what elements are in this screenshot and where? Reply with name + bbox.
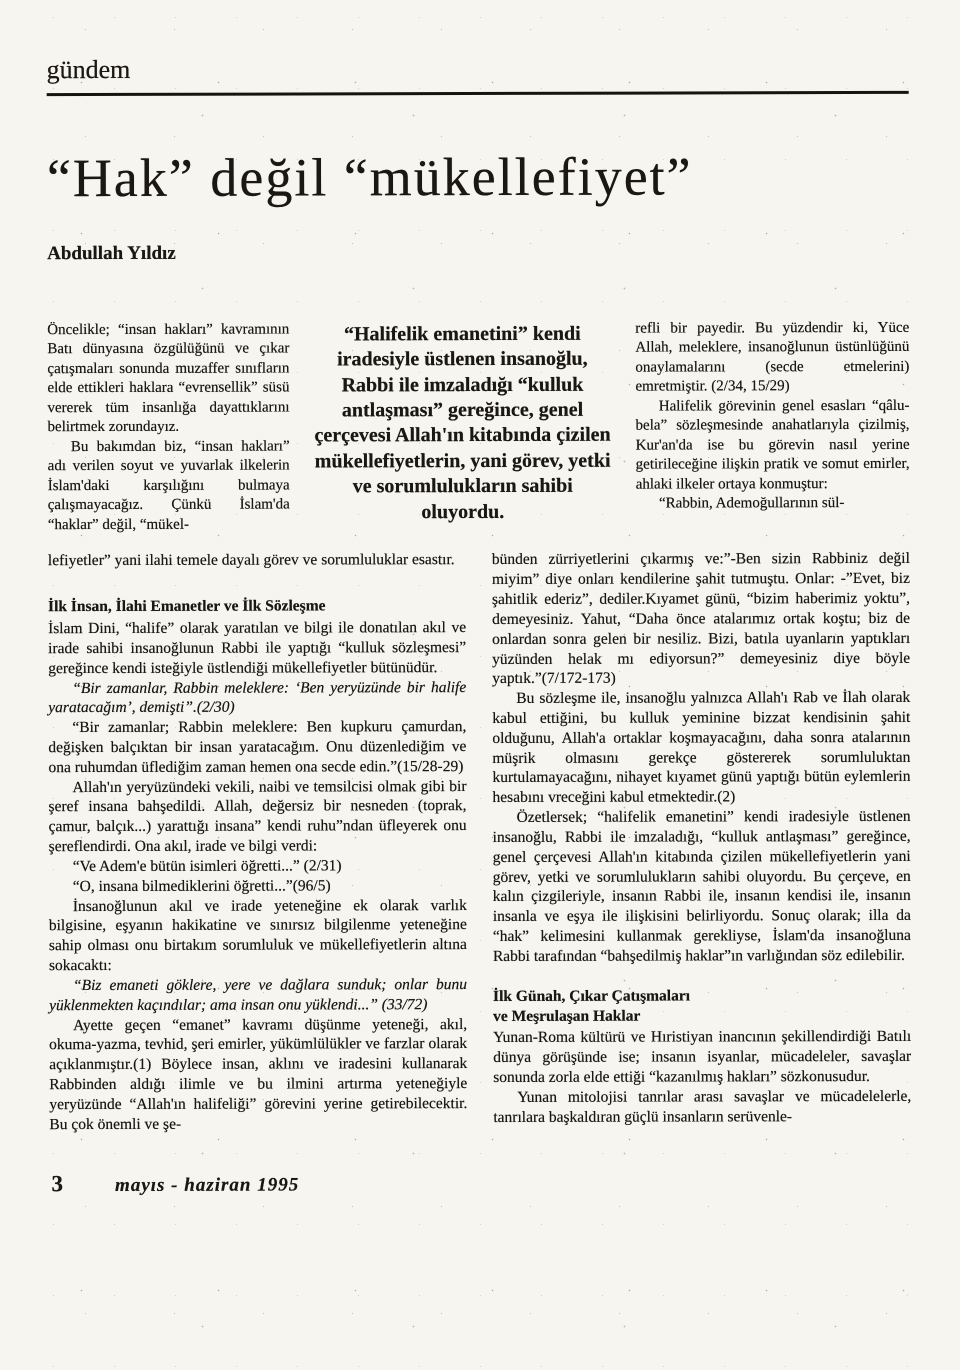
header-rule [47, 91, 909, 96]
right-column-paragraphs-2: Yunan-Roma kültürü ve Hıristiyan inancın… [493, 1027, 911, 1127]
column-continuation-text: lefiyetler” yani ilahi temele dayalı gör… [48, 550, 466, 571]
subheading-first-sin: İlk Günah, Çıkar Çatışmaları ve Meşrulaş… [493, 986, 911, 1027]
body-column-left: lefiyetler” yani ilahi temele dayalı gör… [48, 550, 468, 1134]
paragraph: “Biz emaneti göklere, yere ve dağlara su… [49, 975, 467, 1016]
right-column-paragraphs: bünden zürriyetlerini çıkarmış ve:”-Ben … [492, 549, 911, 966]
paragraph: Ayette geçen “emanet” kavramı düşünme ye… [49, 1015, 467, 1135]
paragraph: “Bir zamanlar, Rabbin meleklere: ‘Ben ye… [48, 678, 466, 719]
intro-three-columns: Öncelikle; “insan hakları” kavramının Ba… [47, 319, 910, 536]
subheading-first-man: İlk İnsan, İlahi Emanetler ve İlk Sözleş… [48, 596, 466, 617]
paragraph: Yunan mitolojisi tanrılar arası savaşlar… [493, 1087, 911, 1128]
body-two-columns: lefiyetler” yani ilahi temele dayalı gör… [48, 549, 912, 1134]
paragraph: bünden zürriyetlerini çıkarmış ve:”-Ben … [492, 549, 910, 689]
paragraph: Bu bakımdan biz, “insan hakları” adı ver… [48, 437, 290, 535]
paragraph: refli bir payedir. Bu yüzdendir ki, Yüce… [635, 319, 909, 398]
scanned-article-page: gündem “Hak” değil “mükellefiyet” Abdull… [0, 0, 960, 1197]
paragraph: “O, insana bilmediklerini öğretti...”(96… [49, 876, 467, 897]
paragraph: İnsanoğlunun akıl ve irade yeteneğine ek… [49, 896, 467, 976]
pull-quote: “Halifelik emanetini” kendi iradesiyle ü… [311, 320, 614, 535]
paragraph: Öncelikle; “insan hakları” kavramının Ba… [47, 320, 289, 438]
paragraph: “Bir zamanlar; Rabbin meleklere: Ben kup… [48, 717, 466, 778]
left-column-paragraphs: İslam Dini, “halife” olarak yaratılan ve… [48, 618, 467, 1135]
issue-date: mayıs - haziran 1995 [115, 1174, 299, 1196]
page-number: 3 [51, 1171, 63, 1197]
paragraph: Halifelik görevinin genel esasları “qâlu… [635, 397, 909, 495]
article-author: Abdullah Yıldız [47, 241, 909, 265]
paragraph: Bu sözleşme ile, insanoğlu yalnızca Alla… [492, 688, 910, 808]
paragraph: “Rabbin, Ademoğullarının sül- [636, 494, 910, 514]
section-label: gündem [47, 55, 909, 83]
page-footer: 3 mayıs - haziran 1995 [49, 1168, 911, 1196]
article-title: “Hak” değil “mükellefiyet” [47, 148, 909, 207]
paragraph: “Ve Adem'e bütün isimleri öğretti...” (2… [49, 856, 467, 877]
paragraph: Özetlersek; “halifelik emanetini” kendi … [493, 807, 911, 967]
paragraph: İslam Dini, “halife” olarak yaratılan ve… [48, 618, 466, 679]
intro-column-left: Öncelikle; “insan hakları” kavramının Ba… [47, 320, 290, 535]
paragraph: Yunan-Roma kültürü ve Hıristiyan inancın… [493, 1027, 911, 1088]
intro-column-right: refli bir payedir. Bu yüzdendir ki, Yüce… [635, 319, 910, 534]
body-column-right: bünden zürriyetlerini çıkarmış ve:”-Ben … [492, 549, 912, 1133]
paragraph: Allah'ın yeryüzündeki vekili, naibi ve t… [48, 777, 466, 857]
